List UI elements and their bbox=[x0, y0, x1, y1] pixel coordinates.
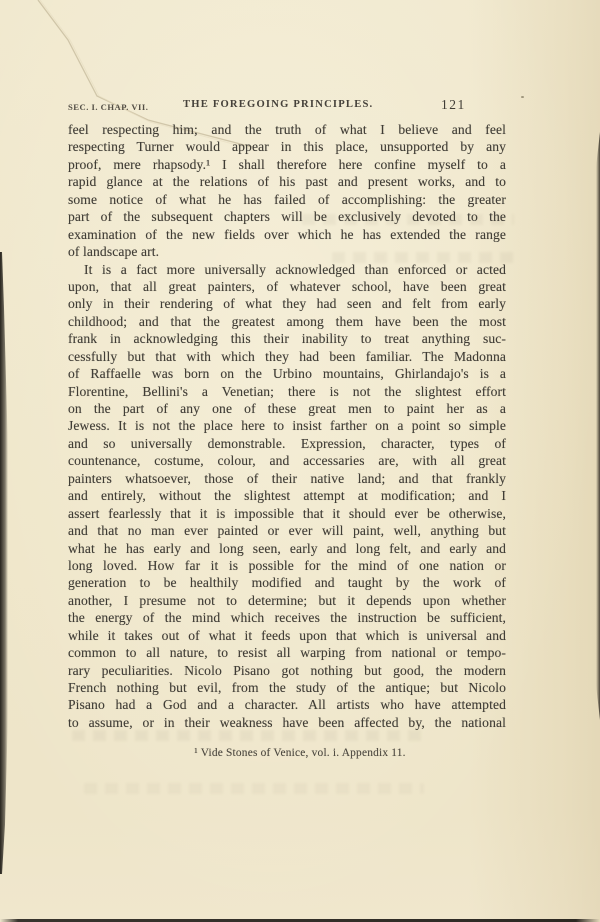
text-line: common to all nature, to resist all warp… bbox=[68, 644, 506, 661]
text-line: respecting Turner would appear in this p… bbox=[68, 138, 506, 155]
text-line: on the part of any one of these great me… bbox=[68, 400, 506, 417]
show-through-ghost bbox=[84, 783, 424, 794]
text-line: It is a fact more universally acknowledg… bbox=[68, 261, 506, 278]
text-line: Pisano had a God and a character. All ar… bbox=[68, 696, 506, 713]
text-line: generation to be healthily modified and … bbox=[68, 574, 506, 591]
text-line: and so universally demonstrable. Express… bbox=[68, 435, 506, 452]
text-line: childhood; and that the greatest among t… bbox=[68, 313, 506, 330]
footnote: ¹ Vide Stones of Venice, vol. i. Appendi… bbox=[0, 747, 600, 759]
text-line: painters whatsoever, those of their nati… bbox=[68, 470, 506, 487]
text-line: frank in acknowledging this their inabil… bbox=[68, 330, 506, 347]
text-line: assert fearlessly that it is impossible … bbox=[68, 505, 506, 522]
text-line: the energy of the mind which receives th… bbox=[68, 609, 506, 626]
text-line: some notice of what he has failed of acc… bbox=[68, 191, 506, 208]
text-line: feel respecting him; and the truth of wh… bbox=[68, 121, 506, 138]
text-line: upon, that all great painters, of whatev… bbox=[68, 278, 506, 295]
text-line: of Raffaelle was born on the Urbino moun… bbox=[68, 365, 506, 382]
text-line: while it takes out of what it feeds upon… bbox=[68, 627, 506, 644]
text-line: rary peculiarities. Nicolo Pisano got no… bbox=[68, 662, 506, 679]
text-line: proof, mere rhapsody.¹ I shall therefore… bbox=[68, 156, 506, 173]
page-number: 121 bbox=[441, 97, 466, 113]
chapter-label: SEC. I. CHAP. VII. bbox=[68, 102, 148, 112]
text-line: what he has early and long seen, early a… bbox=[68, 540, 506, 557]
text-line: Jewess. It is not the place here to insi… bbox=[68, 417, 506, 434]
show-through-ghost bbox=[72, 730, 428, 741]
text-line: part of the subsequent chapters will be … bbox=[68, 208, 506, 225]
body-text: feel respecting him; and the truth of wh… bbox=[68, 121, 506, 731]
paper-speck bbox=[521, 96, 524, 98]
text-line: countenance, costume, colour, and access… bbox=[68, 452, 506, 469]
text-line: cessfully but that with which they had b… bbox=[68, 348, 506, 365]
book-page: SEC. I. CHAP. VII. THE FOREGOING PRINCIP… bbox=[0, 0, 600, 922]
text-line: long loved. How far it is possible for t… bbox=[68, 557, 506, 574]
scan-edge-left bbox=[0, 252, 8, 874]
text-line: only in their rendering of what they had… bbox=[68, 295, 506, 312]
text-line: to assume, or in their weakness have bee… bbox=[68, 714, 506, 731]
page-header: SEC. I. CHAP. VII. THE FOREGOING PRINCIP… bbox=[0, 99, 600, 115]
running-title: THE FOREGOING PRINCIPLES. bbox=[183, 99, 373, 110]
text-line: another, I presume not to determine; but… bbox=[68, 592, 506, 609]
text-line: and that no man ever painted or ever wil… bbox=[68, 522, 506, 539]
text-line: French nothing but evil, from the study … bbox=[68, 679, 506, 696]
scan-edge-right bbox=[596, 132, 600, 720]
text-line: rapid glance at the relations of his pas… bbox=[68, 173, 506, 190]
text-line: Florentine, Bellini's a Venetian; there … bbox=[68, 383, 506, 400]
text-line: and entirely, without the slightest atte… bbox=[68, 487, 506, 504]
text-line: examination of the new fields over which… bbox=[68, 226, 506, 243]
text-line: of landscape art. bbox=[68, 243, 506, 260]
